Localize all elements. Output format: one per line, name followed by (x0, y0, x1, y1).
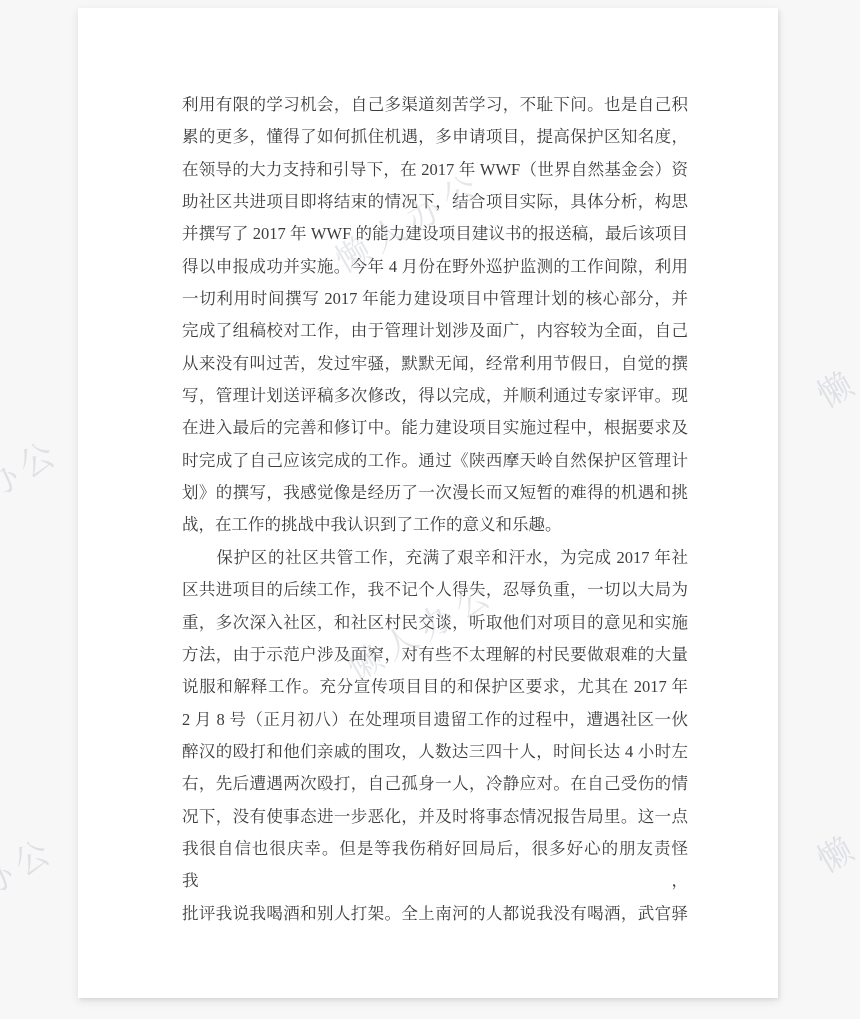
text-line: 在进入最后的完善和修订中。能力建设项目实施过程中，根据要求及 (182, 412, 688, 444)
text-line: 醉汉的殴打和他们亲戚的围攻，人数达三四十人，时间长达 4 小时左 (182, 736, 688, 768)
text-line: 并撰写了 2017 年 WWF 的能力建设项目建议书的报送稿，最后该项目 (182, 218, 688, 250)
text-line: 批评我说我喝酒和别人打架。全上南河的人都说我没有喝酒，武官驿 (182, 898, 688, 930)
page-paper: 利用有限的学习机会，自己多渠道刻苦学习，不耻下问。也是自己积累的更多，懂得了如何… (78, 8, 778, 998)
text-line: 方法，由于示范户涉及面窄，对有些不太理解的村民要做艰难的大量 (182, 639, 688, 671)
text-line: 况下，没有使事态进一步恶化，并及时将事态情况报告局里。这一点 (182, 801, 688, 833)
watermark-text: 懒人办公 (807, 758, 860, 882)
text-line: 区共进项目的后续工作，我不记个人得失，忍辱负重，一切以大局为 (182, 574, 688, 606)
watermark-text: 懒人办公 (0, 425, 68, 549)
text-line: 助社区共进项目即将结束的情况下，结合项目实际，具体分析，构思 (182, 186, 688, 218)
text-line: 时完成了自己应该完成的工作。通过《陕西摩天岭自然保护区管理计 (182, 445, 688, 477)
text-line: 说服和解释工作。充分宣传项目目的和保护区要求，尤其在 2017 年 (182, 671, 688, 703)
text-line: 我很自信也很庆幸。但是等我伤稍好回局后，很多好心的朋友责怪我， (182, 833, 688, 898)
text-line: 重，多次深入社区，和社区村民交谈，听取他们对项目的意见和实施 (182, 607, 688, 639)
text-line: 写，管理计划送评稿多次修改，得以完成，并顺利通过专家评审。现 (182, 380, 688, 412)
text-line: 在领导的大力支持和引导下，在 2017 年 WWF（世界自然基金会）资 (182, 154, 688, 186)
watermark-text: 懒人办公 (807, 293, 860, 417)
text-line: 战，在工作的挑战中我认识到了工作的意义和乐趣。 (182, 509, 688, 541)
text-line: 从来没有叫过苦，发过牢骚，默默无闻，经常利用节假日，自觉的撰 (182, 348, 688, 380)
text-line: 完成了组稿校对工作，由于管理计划涉及面广，内容较为全面，自己 (182, 315, 688, 347)
text-line: 右，先后遭遇两次殴打，自己孤身一人，冷静应对。在自己受伤的情 (182, 768, 688, 800)
document-body: 利用有限的学习机会，自己多渠道刻苦学习，不耻下问。也是自己积累的更多，懂得了如何… (182, 89, 688, 930)
text-line: 利用有限的学习机会，自己多渠道刻苦学习，不耻下问。也是自己积 (182, 89, 688, 121)
text-line: 一切利用时间撰写 2017 年能力建设项目中管理计划的核心部分，并 (182, 283, 688, 315)
text-line: 2 月 8 号（正月初八）在处理项目遗留工作的过程中，遭遇社区一伙 (182, 704, 688, 736)
text-line: 累的更多，懂得了如何抓住机遇，多申请项目，提高保护区知名度， (182, 121, 688, 153)
watermark-text: 懒人办公 (0, 823, 63, 947)
text-line: 划》的撰写，我感觉像是经历了一次漫长而又短暂的难得的机遇和挑 (182, 477, 688, 509)
text-line: 保护区的社区共管工作，充满了艰辛和汗水，为完成 2017 年社 (182, 542, 688, 574)
text-line: 得以申报成功并实施。今年 4 月份在野外巡护监测的工作间隙，利用 (182, 251, 688, 283)
document-preview: 利用有限的学习机会，自己多渠道刻苦学习，不耻下问。也是自己积累的更多，懂得了如何… (0, 0, 860, 1019)
